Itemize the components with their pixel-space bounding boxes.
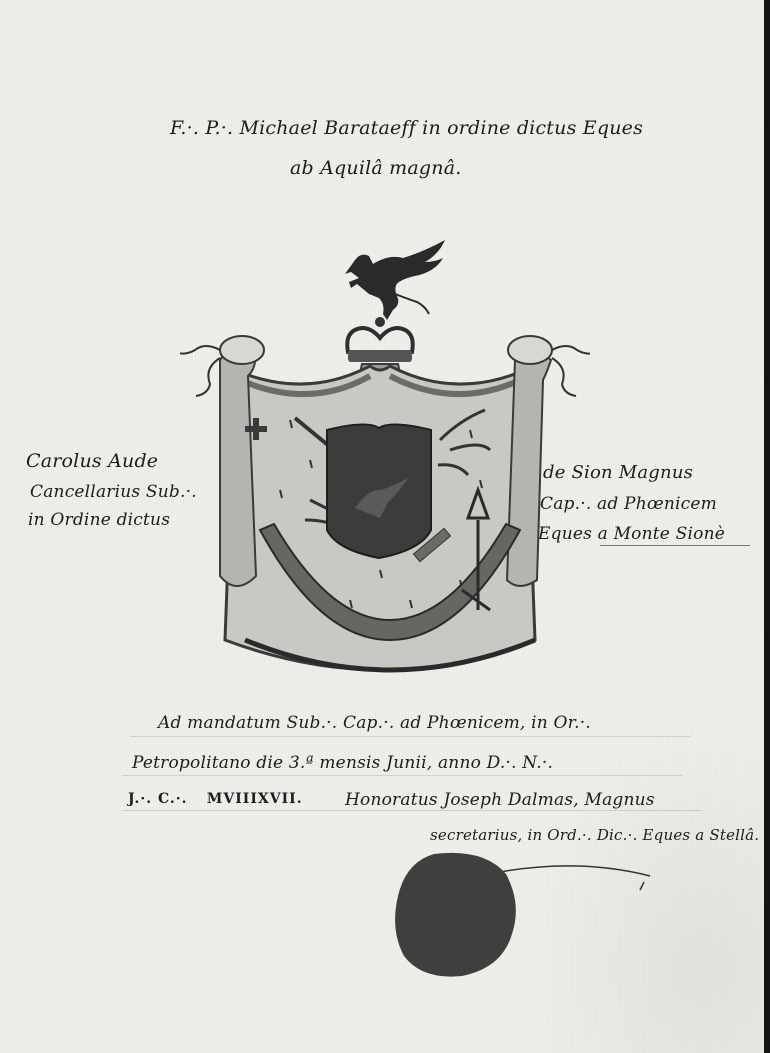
left-note-line-2: Cancellarius Sub.·. xyxy=(30,482,197,502)
ruled-line xyxy=(122,810,702,811)
coat-of-arms-illustration xyxy=(180,240,590,690)
left-note-line-1: Carolus Aude xyxy=(26,450,158,472)
signature-line-1: Honoratus Joseph Dalmas, Magnus xyxy=(345,790,655,810)
heading-line-2: ab Aquilâ magnâ. xyxy=(290,157,461,179)
wax-seal-icon xyxy=(394,850,520,980)
scan-border xyxy=(764,0,770,1053)
document-paper: F.·. P.·. Michael Barataeff in ordine di… xyxy=(0,0,764,1053)
heading-line-1: F.·. P.·. Michael Barataeff in ordine di… xyxy=(170,117,643,139)
initials: J.·. C.·. xyxy=(128,791,188,807)
body-line-1: Ad mandatum Sub.·. Cap.·. ad Phœnicem, i… xyxy=(158,713,591,733)
ruled-line xyxy=(122,775,682,776)
year-roman: MVIIIXVII. xyxy=(207,791,303,807)
ruled-line xyxy=(130,736,690,737)
body-line-2: Petropolitano die 3.ª mensis Junii, anno… xyxy=(132,753,553,773)
coronet-icon xyxy=(347,328,412,362)
left-note-line-3: in Ordine dictus xyxy=(28,510,170,530)
shield-icon xyxy=(327,424,431,558)
body-line-3: J.·. C.·. MVIIIXVII. xyxy=(128,788,303,807)
signature-flourish xyxy=(500,852,670,892)
signature-line-2: secretarius, in Ord.·. Dic.·. Eques a St… xyxy=(430,826,759,844)
griffin-crest-icon xyxy=(345,240,445,327)
underline-flourish xyxy=(600,545,750,546)
